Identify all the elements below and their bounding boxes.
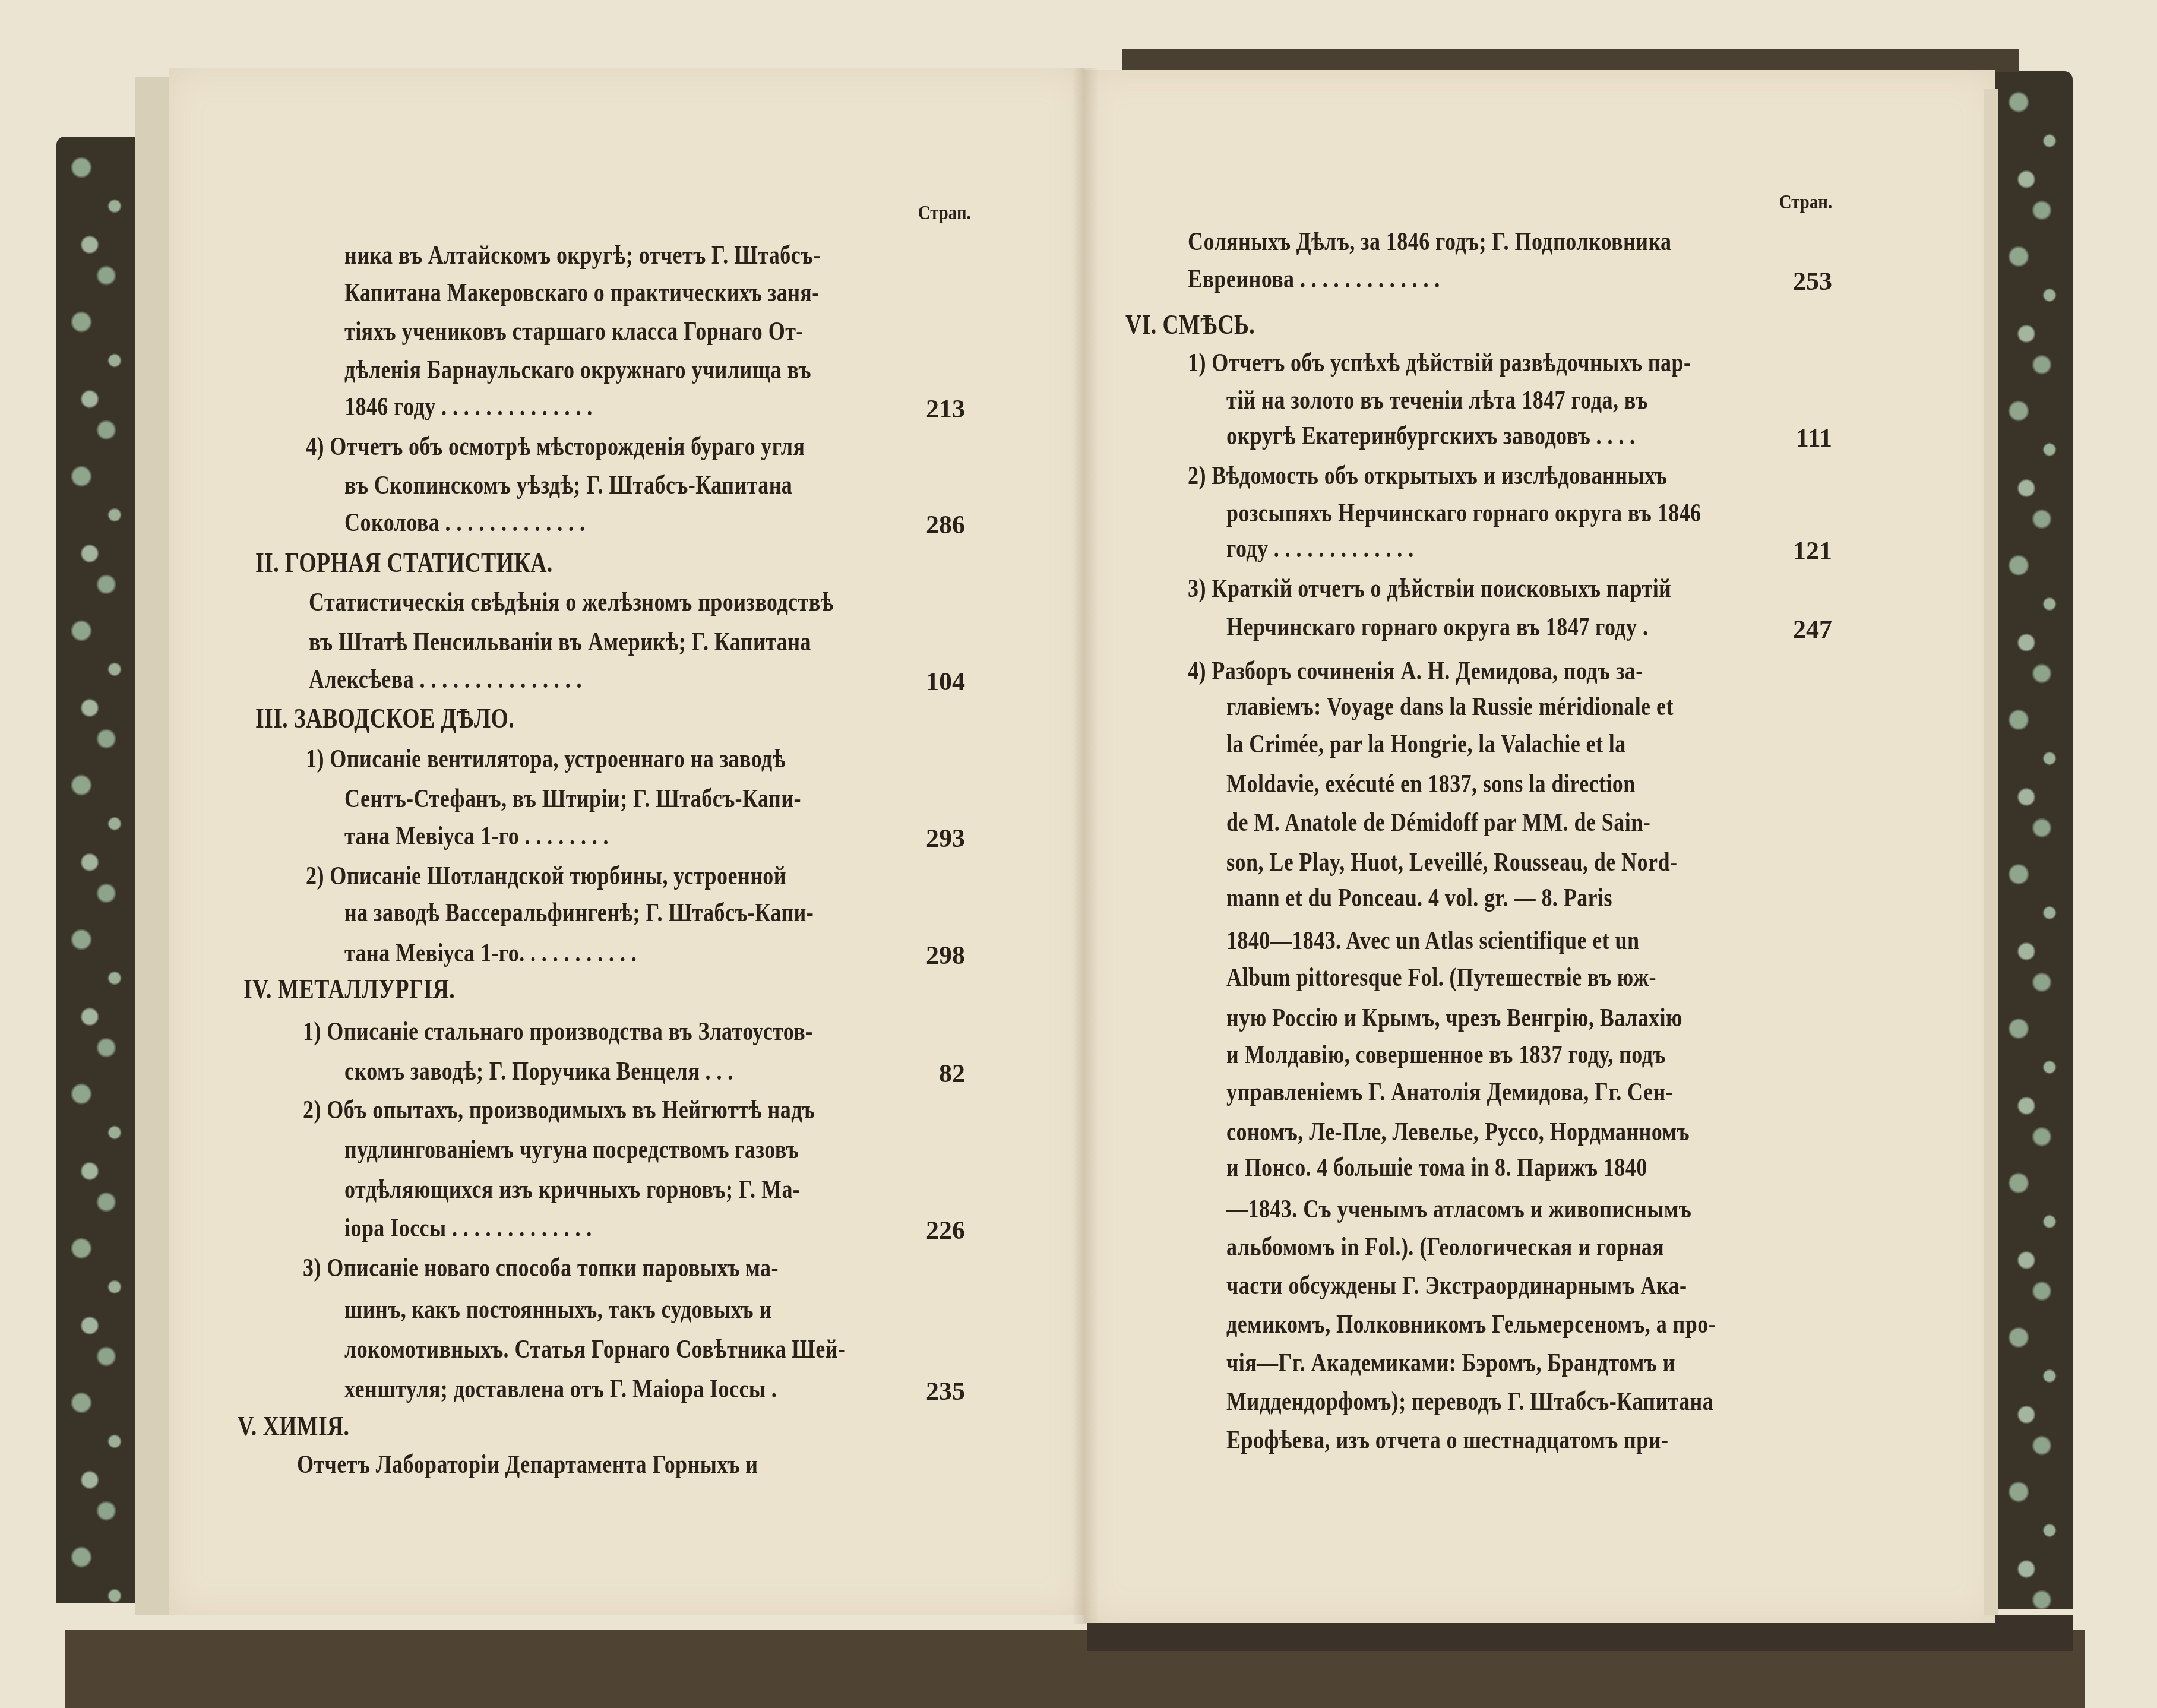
toc-line: la Crimée, par la Hongrie, la Valachie e…	[1226, 731, 1626, 757]
toc-line: локомотивныхъ. Статья Горнаго Совѣтника …	[344, 1336, 845, 1362]
toc-line: Миддендорфомъ); переводъ Г. Штабсъ-Капит…	[1226, 1388, 1713, 1415]
left-page-header: Страп.	[918, 202, 971, 224]
toc-line: отдѣляющихся изъ кричныхъ горновъ; Г. Ма…	[344, 1176, 800, 1203]
toc-line: части обсуждены Г. Экстраординарнымъ Ака…	[1226, 1273, 1687, 1299]
toc-line: —1843. Съ ученымъ атласомъ и живописнымъ	[1226, 1196, 1691, 1222]
toc-line: Соляныхъ Дѣлъ, за 1846 годъ; Г. Подполко…	[1188, 229, 1671, 255]
page-number: 253	[1761, 266, 1832, 296]
toc-line: Капитана Макеровскаго о практическихъ за…	[344, 280, 820, 306]
toc-line: ника въ Алтайскомъ округѣ; отчетъ Г. Шта…	[344, 242, 821, 268]
toc-line: шинъ, какъ постоянныхъ, такъ судовыхъ и	[344, 1296, 772, 1323]
toc-line: и Молдавію, совершенное въ 1837 году, по…	[1226, 1042, 1666, 1068]
book-cover-right	[1995, 71, 2073, 1609]
toc-line: въ Скопинскомъ уѣздѣ; Г. Штабсъ-Капитана	[344, 472, 792, 498]
page-number: 235	[894, 1376, 965, 1406]
toc-line: Нерчинскаго горнаго округа въ 1847 году …	[1226, 614, 1648, 640]
page-number: 121	[1761, 536, 1832, 566]
toc-line: 3) Описаніе новаго способа топки паровых…	[303, 1255, 779, 1281]
toc-line: іора Іоссы . . . . . . . . . . . . .	[344, 1215, 592, 1241]
section-heading: V. ХИМІЯ.	[238, 1413, 349, 1440]
book-cover-left	[56, 137, 140, 1603]
toc-line: тій на золото въ теченіи лѣта 1847 года,…	[1226, 387, 1648, 413]
toc-line: Статистическія свѣдѣнія о желѣзномъ прои…	[309, 589, 834, 615]
toc-line: на заводѣ Вассеральфингенѣ; Г. Штабсъ-Ка…	[344, 900, 814, 926]
section-heading: VI. СМѢСЬ.	[1125, 311, 1255, 339]
toc-line: демикомъ, Полковникомъ Гельмерсеномъ, а …	[1226, 1311, 1716, 1337]
toc-line: mann et du Ponceau. 4 vol. gr. — 8. Pari…	[1226, 885, 1612, 911]
toc-line: Алексѣева . . . . . . . . . . . . . . .	[309, 666, 582, 692]
toc-line: 1) Описаніе вентилятора, устроеннаго на …	[306, 746, 786, 772]
page-stack-right	[1984, 89, 1998, 1615]
toc-line: тана Мевіуса 1-го. . . . . . . . . . .	[344, 940, 637, 966]
toc-line: 4) Отчетъ объ осмотрѣ мѣсторожденія бура…	[306, 434, 805, 460]
toc-line: Отчетъ Лабораторіи Департамента Горныхъ …	[297, 1451, 758, 1478]
right-page-header: Стран.	[1779, 191, 1832, 214]
page-number: 111	[1761, 423, 1832, 453]
toc-line: округѣ Екатеринбургскихъ заводовъ . . . …	[1226, 423, 1636, 449]
page-number: 213	[894, 394, 965, 424]
toc-line: управленіемъ Г. Анатолія Демидова, Гг. С…	[1226, 1079, 1673, 1105]
toc-line: розсыпяхъ Нерчинскаго горнаго округа въ …	[1226, 500, 1701, 526]
section-heading: II. ГОРНАЯ СТАТИСТИКА.	[255, 549, 553, 577]
toc-line: son, Le Play, Huot, Leveillé, Rousseau, …	[1226, 849, 1677, 875]
toc-line: 1840—1843. Avec un Atlas scientifique et…	[1226, 928, 1639, 954]
toc-line: ную Россію и Крымъ, чрезъ Венгрію, Валах…	[1226, 1005, 1682, 1031]
toc-line: главіемъ: Voyage dans la Russie méridion…	[1226, 694, 1674, 720]
toc-line: Moldavie, exécuté en 1837, sons la direc…	[1226, 771, 1636, 797]
toc-line: году . . . . . . . . . . . . .	[1226, 536, 1414, 562]
toc-line: тіяхъ учениковъ старшаго класса Горнаго …	[344, 318, 804, 344]
toc-line: альбомомъ in Fol.). (Геологическая и гор…	[1226, 1234, 1664, 1260]
page-number: 286	[894, 510, 965, 540]
toc-line: сономъ, Ле-Пле, Левелье, Руссо, Нордманн…	[1226, 1119, 1690, 1145]
page-number: 104	[894, 666, 965, 697]
toc-line: 3) Краткій отчетъ о дѣйствіи поисковыхъ …	[1188, 575, 1671, 602]
toc-line: Евреинова . . . . . . . . . . . . .	[1188, 266, 1440, 292]
section-heading: IV. МЕТАЛЛУРГІЯ.	[243, 976, 455, 1003]
toc-line: 2) Описаніе Шотландской тюрбины, устроен…	[306, 863, 786, 889]
toc-line: de M. Anatole de Démidoff par MM. de Sai…	[1226, 809, 1650, 836]
section-heading: III. ЗАВОДСКОЕ ДѢЛО.	[255, 705, 514, 732]
toc-line: и Понсо. 4 большіе тома in 8. Парижъ 184…	[1226, 1155, 1647, 1181]
toc-line: 2) Вѣдомость объ открытыхъ и изслѣдованн…	[1188, 463, 1668, 489]
page-number: 293	[894, 823, 965, 853]
page-number: 298	[894, 940, 965, 970]
book-gutter	[1072, 68, 1099, 1624]
book-cover-top-edge	[1122, 49, 2019, 72]
toc-line: Ерофѣева, изъ отчета о шестнадцатомъ при…	[1226, 1427, 1668, 1453]
toc-line: Сентъ-Стефанъ, въ Штиріи; Г. Штабсъ-Капи…	[344, 786, 801, 812]
toc-line: 1846 году . . . . . . . . . . . . . .	[344, 394, 593, 420]
page-number: 226	[894, 1215, 965, 1245]
toc-line: тана Мевіуса 1-го . . . . . . . .	[344, 823, 609, 849]
toc-line: въ Штатѣ Пенсильваніи въ Америкѣ; Г. Кап…	[309, 629, 811, 655]
page-number: 82	[894, 1058, 965, 1089]
toc-line: скомъ заводѣ; Г. Поручика Венцеля . . .	[344, 1058, 733, 1084]
toc-line: 2) Объ опытахъ, производимыхъ въ Нейгютт…	[303, 1097, 815, 1123]
toc-line: пудлингованіемъ чугуна посредствомъ газо…	[344, 1137, 799, 1163]
toc-line: Album pittoresque Fol. (Путешествіе въ ю…	[1226, 964, 1656, 991]
toc-line: чія—Гг. Академиками: Бэромъ, Брандтомъ и	[1226, 1350, 1675, 1376]
page-number: 247	[1761, 614, 1832, 644]
toc-line: Соколова . . . . . . . . . . . . .	[344, 510, 585, 536]
toc-line: 1) Описаніе стальнаго производства въ Зл…	[303, 1019, 813, 1045]
toc-line: 4) Разборъ сочиненія А. Н. Демидова, под…	[1188, 658, 1643, 684]
page-stack-left	[135, 77, 171, 1615]
toc-line: дѣленія Барнаульскаго окружнаго училища …	[344, 357, 811, 383]
toc-line: 1) Отчетъ объ успѣхѣ дѣйствій развѣдочны…	[1188, 350, 1691, 376]
toc-line: хенштуля; доставлена отъ Г. Маіора Іоссы…	[344, 1376, 777, 1402]
